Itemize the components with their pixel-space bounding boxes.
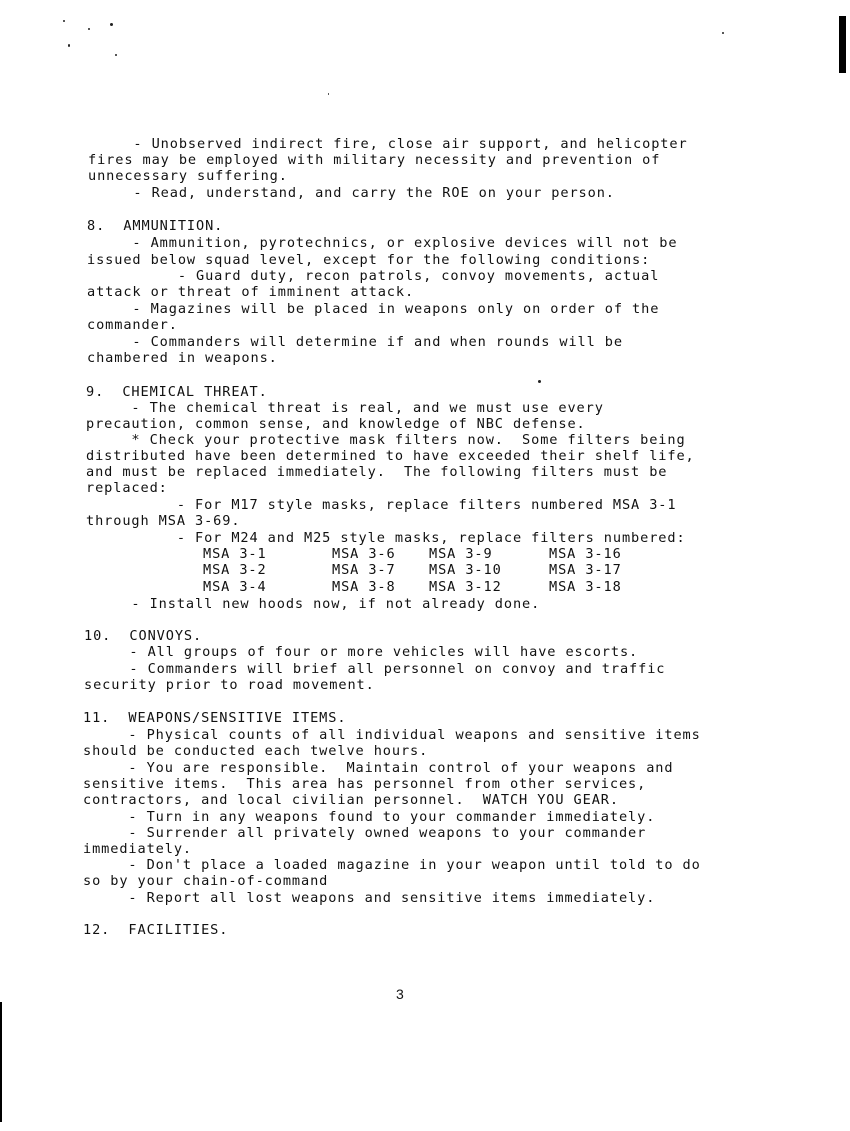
scanned-document-page: - Unobserved indirect fire, close air su… [0, 0, 850, 1131]
document-text-line: sensitive items. This area has personnel… [83, 776, 646, 792]
document-text-line: through MSA 3-69. [86, 513, 240, 529]
document-text-line: contractors, and local civilian personne… [83, 792, 619, 808]
filter-number-cell: MSA 3-6 [332, 546, 396, 562]
scan-speck [63, 20, 65, 22]
document-text-line: commander. [87, 317, 178, 333]
document-text-line: - Guard duty, recon patrols, convoy move… [87, 268, 659, 284]
filter-number-cell: MSA 3-4 [203, 579, 267, 595]
scan-speck [538, 380, 541, 383]
filter-number-cell: MSA 3-1 [203, 546, 267, 562]
page-number: 3 [396, 986, 404, 1002]
scan-speck [115, 54, 117, 56]
document-text-line: - Report all lost weapons and sensitive … [83, 890, 655, 906]
document-text-line: 12. FACILITIES. [83, 922, 228, 938]
document-text-line: replaced: [86, 480, 168, 496]
document-text-line: fires may be employed with military nece… [88, 152, 660, 168]
filter-number-cell: MSA 3-2 [203, 562, 267, 578]
scan-speck [110, 23, 113, 26]
document-text-line: - For M24 and M25 style masks, replace f… [86, 530, 686, 546]
document-text-line: - Magazines will be placed in weapons on… [87, 301, 659, 317]
scan-speck [722, 32, 724, 34]
document-text-line: - Commanders will determine if and when … [87, 334, 623, 350]
document-text-line: immediately. [83, 841, 192, 857]
filter-number-cell: MSA 3-9 [429, 546, 493, 562]
document-text-line: * Check your protective mask filters now… [86, 432, 686, 448]
scan-speck [328, 93, 329, 95]
document-text-line: precaution, common sense, and knowledge … [86, 416, 586, 432]
document-text-line: attack or threat of imminent attack. [87, 284, 414, 300]
filter-number-cell: MSA 3-18 [549, 579, 622, 595]
document-text-line: 8. AMMUNITION. [87, 218, 223, 234]
document-text-line: and must be replaced immediately. The fo… [86, 464, 667, 480]
document-text-line: - Read, understand, and carry the ROE on… [88, 185, 615, 201]
scan-speck [68, 44, 70, 47]
document-text-line: distributed have been determined to have… [86, 448, 695, 464]
document-text-line: 9. CHEMICAL THREAT. [86, 384, 268, 400]
scan-edge-mark [839, 16, 846, 73]
document-text-line: - Turn in any weapons found to your comm… [83, 809, 655, 825]
document-text-line: - Surrender all privately owned weapons … [83, 825, 646, 841]
document-text-line: unnecessary suffering. [88, 168, 288, 184]
document-text-line: - For M17 style masks, replace filters n… [86, 497, 676, 513]
filter-number-cell: MSA 3-7 [332, 562, 396, 578]
document-text-line: - Ammunition, pyrotechnics, or explosive… [87, 235, 677, 251]
document-text-line: - Don't place a loaded magazine in your … [83, 857, 701, 873]
document-text-line: - Unobserved indirect fire, close air su… [88, 136, 688, 152]
document-text-line: 10. CONVOYS. [84, 628, 202, 644]
document-text-line: should be conducted each twelve hours. [83, 743, 428, 759]
filter-number-cell: MSA 3-12 [429, 579, 502, 595]
document-text-line: so by your chain-of-command [83, 873, 328, 889]
document-text-line: - Commanders will brief all personnel on… [84, 661, 665, 677]
document-text-line: - All groups of four or more vehicles wi… [84, 644, 638, 660]
filter-number-cell: MSA 3-8 [332, 579, 396, 595]
filter-number-cell: MSA 3-17 [549, 562, 622, 578]
document-text-line: issued below squad level, except for the… [87, 252, 650, 268]
document-text-line: 11. WEAPONS/SENSITIVE ITEMS. [83, 710, 346, 726]
filter-number-cell: MSA 3-10 [429, 562, 502, 578]
filter-number-cell: MSA 3-16 [549, 546, 622, 562]
document-text-line: security prior to road movement. [84, 677, 375, 693]
document-text-line: - Physical counts of all individual weap… [83, 727, 701, 743]
scan-edge-mark [0, 1002, 2, 1122]
document-text-line: - The chemical threat is real, and we mu… [86, 400, 604, 416]
scan-speck [88, 28, 90, 30]
document-text-line: - You are responsible. Maintain control … [83, 760, 673, 776]
document-text-line: chambered in weapons. [87, 350, 278, 366]
document-text-line: - Install new hoods now, if not already … [86, 596, 540, 612]
